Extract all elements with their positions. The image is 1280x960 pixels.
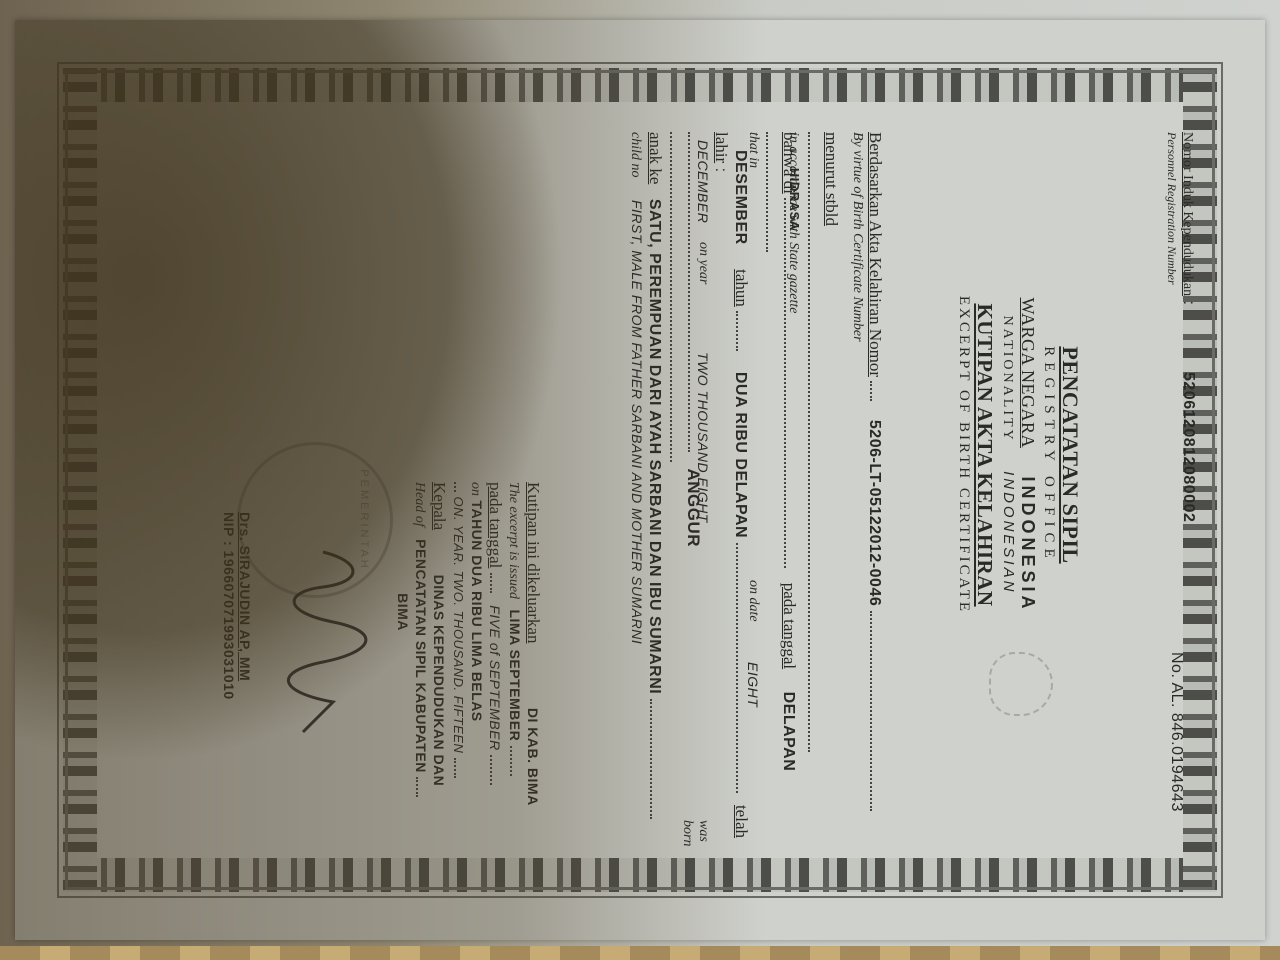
office-title: PENCATATAN SIPIL: [1057, 232, 1083, 678]
cert-number-value: 5206-LT-05122012-0046: [866, 420, 883, 606]
issued-date-label: pada tanggal: [486, 482, 505, 568]
issued-place: DI KAB. BIMA: [525, 708, 541, 806]
official-nip: NIP : 196607071993031010: [221, 512, 237, 700]
nik-label: Nomor Induk Kependudukan: [1180, 132, 1195, 296]
issued-label-en: The excerpt is issued: [505, 482, 521, 599]
cert-number-row: Berdasarkan Akta Kelahiran Nomor 5206-LT…: [849, 132, 885, 838]
cert-number-label-en: By virtue of Birth Certificate Number: [849, 132, 865, 838]
child-label-en: child no: [627, 132, 643, 178]
nationality-label: WARGA NEGARA: [1018, 298, 1038, 449]
place-label: bahwa di: [780, 132, 799, 194]
issued-day: LIMA SEPTEMBER: [507, 609, 523, 741]
nationality-value: INDONESIA: [1018, 476, 1038, 612]
date-value: DELAPAN: [780, 692, 797, 772]
child-name-value: ANGGUR: [684, 468, 703, 547]
document-title: KUTIPAN AKTA KELAHIRAN: [972, 232, 997, 678]
place-date-row: bahwa di pada tanggal DELAPAN that in on…: [743, 132, 799, 838]
date-label: pada tanggal: [780, 583, 799, 669]
head-label: Kepala: [430, 482, 449, 530]
document-title-en: EXCERPT OF BIRTH CERTIFICATE: [955, 232, 972, 678]
issued-label: Kutipan ini dikeluarkan: [524, 482, 543, 643]
issued-date-label-en: on: [467, 482, 483, 496]
issued-year-en: ON. YEAR. TWO. THOUSAND. FIFTEEN: [451, 496, 466, 753]
birth-certificate-document: Nomor Induk Kependudukan : Personnel Reg…: [15, 20, 1265, 940]
year-value: DUA RIBU DELAPAN: [732, 372, 749, 538]
office-line-1: DINAS KEPENDUDUKAN DAN: [431, 575, 447, 787]
nationality-value-en: INDONESIAN: [1000, 471, 1017, 594]
issued-day-en: FIVE of SEPTEMBER: [487, 605, 503, 750]
stbld-label: menurut stbld: [822, 132, 841, 226]
issued-year: TAHUN DUA RIBU LIMA BELAS: [469, 500, 485, 721]
child-row: anak ke SATU, PEREMPUAN DARI AYAH SARBAN…: [627, 132, 665, 838]
month-value: DESEMBER: [732, 150, 749, 245]
signature: [273, 542, 373, 742]
nik-value: 5206120812080002: [1179, 372, 1197, 522]
nik-row: Nomor Induk Kependudukan : Personnel Reg…: [1164, 132, 1197, 838]
office-line-3: BIMA: [395, 593, 411, 631]
name-row: ANGGUR: [665, 132, 703, 838]
office-title-en: REGISTRY OFFICE: [1040, 232, 1057, 678]
child-label: anak ke: [646, 132, 665, 184]
cert-number-label: Berdasarkan Akta Kelahiran Nomor: [866, 132, 885, 377]
office-line-2: PENCATATAN SIPIL KABUPATEN: [413, 539, 429, 773]
child-value: SATU, PEREMPUAN DARI AYAH SARBANI DAN IB…: [646, 199, 663, 694]
official-name: Drs. SIRAJUDIN AP, MM: [237, 512, 253, 700]
issuance-block: Kutipan ini dikeluarkan DI KAB. BIMA The…: [393, 482, 543, 838]
year-label: tahun: [732, 269, 751, 307]
head-label-en: Head of: [411, 482, 427, 527]
serial-number: No. AL. 846.0194643: [1167, 652, 1185, 812]
nationality-label-en: NATIONALITY: [1000, 316, 1015, 443]
title-block: PENCATATAN SIPIL REGISTRY OFFICE WARGA N…: [955, 232, 1083, 678]
child-value-en: FIRST, MALE FROM FATHER SARBANI AND MOTH…: [629, 200, 645, 644]
